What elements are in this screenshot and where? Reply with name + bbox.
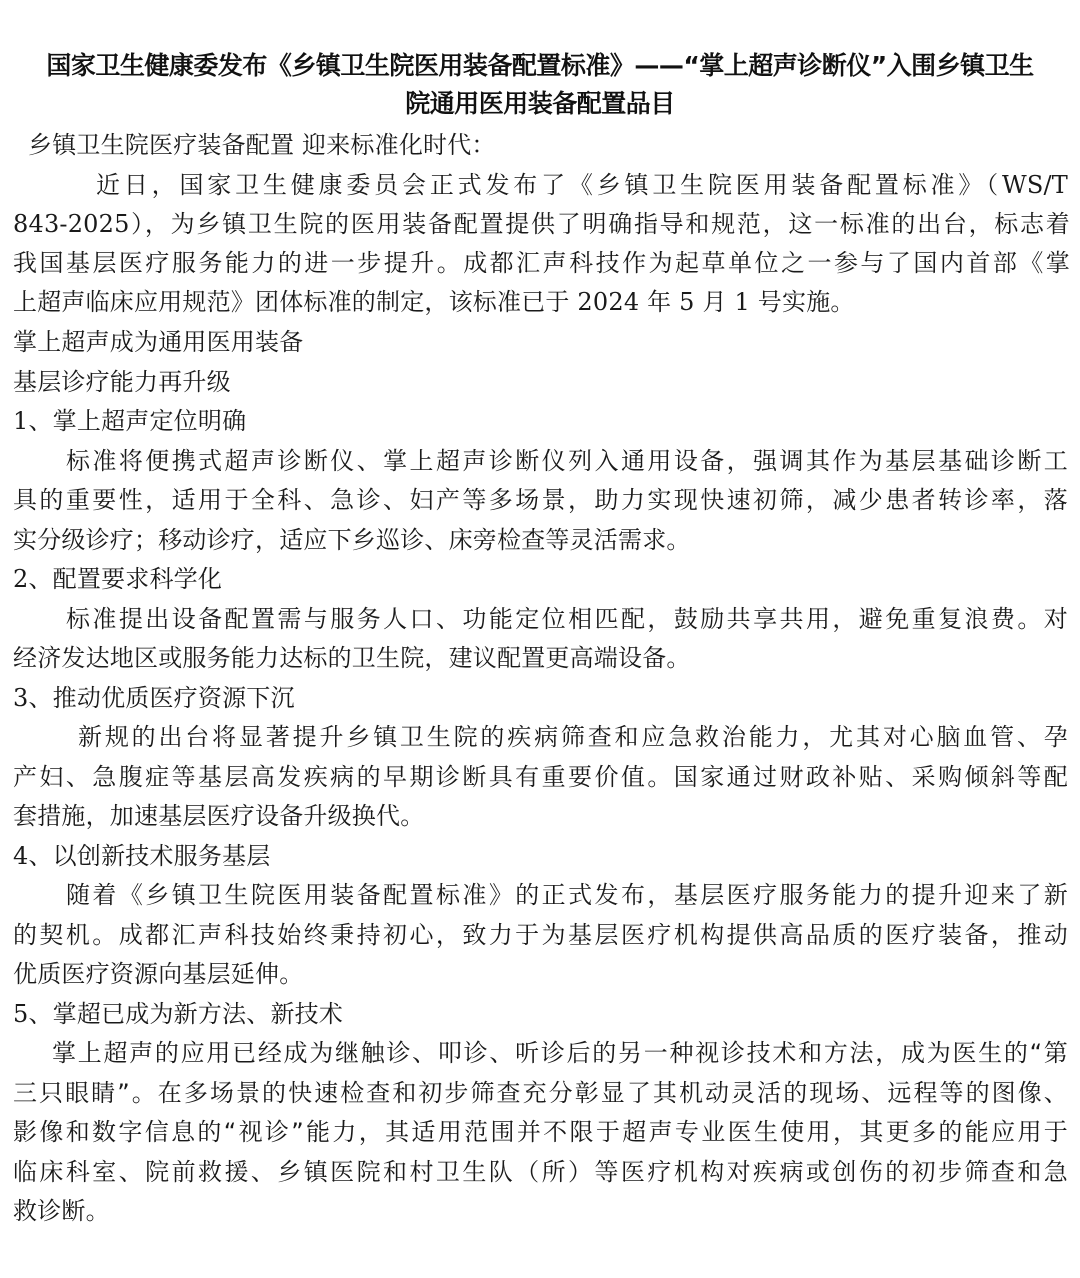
section-2-line-1: 标准提出设备配置需与服务人口、功能定位相匹配，鼓励共享共用，避免重复浪费。对	[66, 602, 1068, 636]
document-title-line-1: 国家卫生健康委发布《乡镇卫生院医用装备配置标准》——“掌上超声诊断仪”入围乡镇卫…	[0, 50, 1080, 82]
section-4-heading: 4、以创新技术服务基层	[13, 839, 1073, 873]
section-5-line-4: 临床科室、院前救援、乡镇医院和村卫生队（所）等医疗机构对疾病或创伤的初步筛查和急	[13, 1155, 1068, 1189]
section-1-line-3: 实分级诊疗；移动诊疗，适应下乡巡诊、床旁检查等灵活需求。	[13, 523, 1073, 557]
section-4-line-1: 随着《乡镇卫生院医用装备配置标准》的正式发布，基层医疗服务能力的提升迎来了新	[66, 878, 1068, 912]
section-5-line-3: 影像和数字信息的“视诊”能力，其适用范围并不限于超声专业医生使用，其更多的能应用…	[13, 1115, 1068, 1149]
intro-line-3: 我国基层医疗服务能力的进一步提升。成都汇声科技作为起草单位之一参与了国内首部《掌	[13, 246, 1070, 280]
document-title-line-2: 院通用医用装备配置品目	[0, 88, 1080, 120]
section-1-heading: 1、掌上超声定位明确	[13, 404, 1073, 438]
section-3-line-1: 新规的出台将显著提升乡镇卫生院的疾病筛查和应急救治能力，尤其对心脑血管、孕	[78, 720, 1068, 754]
section-1-line-1: 标准将便携式超声诊断仪、掌上超声诊断仪列入通用设备，强调其作为基层基础诊断工	[66, 444, 1068, 478]
section-2-heading: 2、配置要求科学化	[13, 562, 1073, 596]
section-5-line-5: 救诊断。	[13, 1194, 1073, 1228]
section-3-heading: 3、推动优质医疗资源下沉	[13, 681, 1073, 715]
section-3-line-2: 产妇、急腹症等基层高发疾病的早期诊断具有重要价值。国家通过财政补贴、采购倾斜等配	[13, 760, 1068, 794]
section-5-line-1: 掌上超声的应用已经成为继触诊、叩诊、听诊后的另一种视诊技术和方法，成为医生的“第	[52, 1036, 1068, 1070]
subtitle: 乡镇卫生院医疗装备配置 迎来标准化时代：	[28, 128, 1080, 162]
heading-primary-care-upgrade: 基层诊疗能力再升级	[13, 365, 1073, 399]
section-5-heading: 5、掌超已成为新方法、新技术	[13, 997, 1073, 1031]
intro-line-4: 上超声临床应用规范》团体标准的制定，该标准已于 2024 年 5 月 1 号实施…	[13, 285, 1073, 319]
section-5-line-2: 三只眼睛”。在多场景的快速检查和初步筛查充分彰显了其机动灵活的现场、远程等的图像…	[13, 1076, 1068, 1110]
section-2-line-2: 经济发达地区或服务能力达标的卫生院，建议配置更高端设备。	[13, 641, 1073, 675]
section-4-line-2: 的契机。成都汇声科技始终秉持初心，致力于为基层医疗机构提供高品质的医疗装备，推动	[13, 918, 1068, 952]
intro-line-1: 近日，国家卫生健康委员会正式发布了《乡镇卫生院医用装备配置标准》（WS/T	[96, 168, 1068, 202]
heading-handheld-ultrasound: 掌上超声成为通用医用装备	[13, 325, 1073, 359]
section-3-line-3: 套措施，加速基层医疗设备升级换代。	[13, 799, 1073, 833]
document-page: 国家卫生健康委发布《乡镇卫生院医用装备配置标准》——“掌上超声诊断仪”入围乡镇卫…	[0, 0, 1080, 1278]
intro-line-2: 843-2025），为乡镇卫生院的医用装备配置提供了明确指导和规范，这一标准的出…	[13, 207, 1070, 241]
section-4-line-3: 优质医疗资源向基层延伸。	[13, 957, 1073, 991]
section-1-line-2: 具的重要性，适用于全科、急诊、妇产等多场景，助力实现快速初筛，减少患者转诊率，落	[13, 483, 1068, 517]
